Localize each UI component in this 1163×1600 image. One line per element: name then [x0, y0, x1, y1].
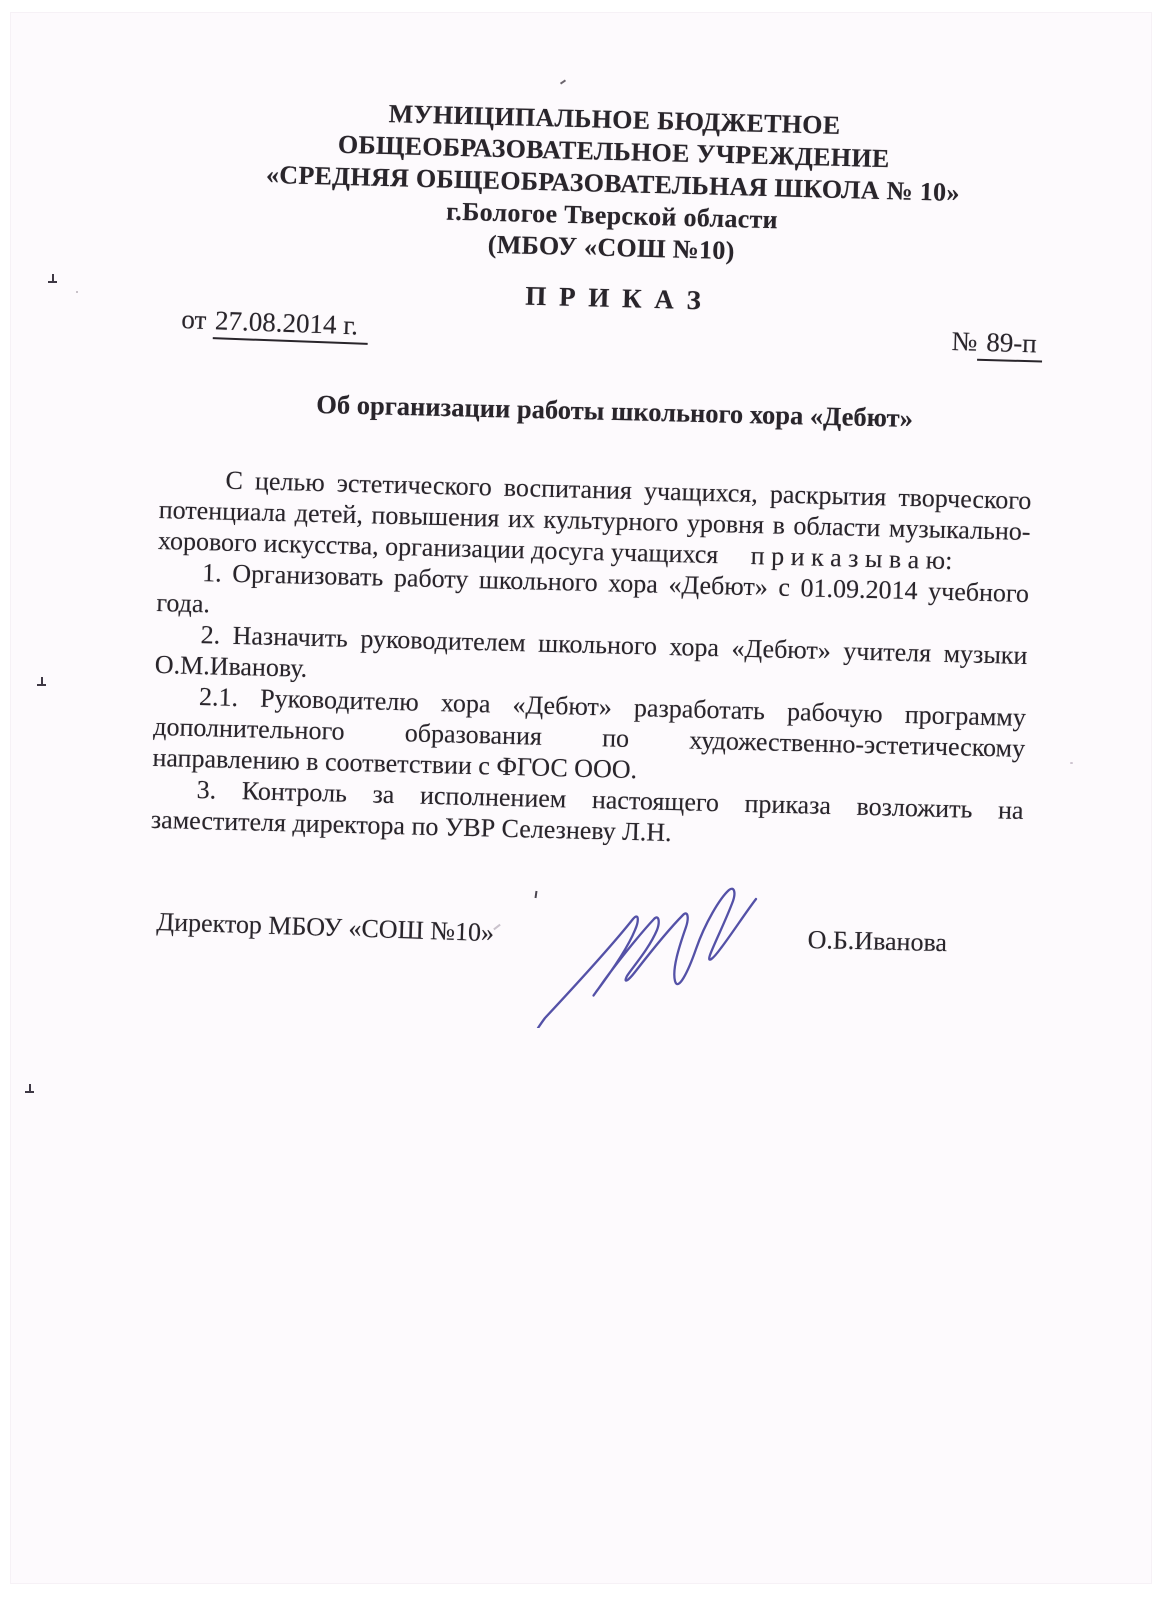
- order-title: Об организации работы школьного хора «Де…: [179, 386, 1049, 437]
- order-date-prefix: от: [181, 304, 207, 335]
- scan-artifact: [48, 274, 58, 285]
- order-number-prefix: №: [951, 326, 978, 357]
- scanned-order-document: { "page": { "header_lines": [ "МУНИЦИПАЛ…: [0, 0, 1163, 1600]
- scan-artifact: [1070, 762, 1073, 764]
- order-date: от 27.08.2014 г.: [181, 304, 369, 342]
- order-number-value: 89-п: [977, 327, 1043, 363]
- handwritten-signature-icon: [528, 878, 768, 1028]
- order-body: С целью эстетического воспитания учащихс…: [151, 463, 1032, 857]
- scan-artifact: [560, 79, 566, 84]
- order-date-value: 27.08.2014 г.: [212, 305, 368, 345]
- order-number: №89-п: [951, 326, 1043, 360]
- scan-artifact: [76, 291, 78, 293]
- signoff-role: Директор МБОУ «СОШ №10»: [156, 907, 495, 948]
- scan-artifact: [25, 1084, 35, 1095]
- organization-header: МУНИЦИПАЛЬНОЕ БЮДЖЕТНОЕ ОБЩЕОБРАЗОВАТЕЛЬ…: [176, 93, 1050, 276]
- scan-artifact: [37, 677, 47, 688]
- scanned-page: МУНИЦИПАЛЬНОЕ БЮДЖЕТНОЕ ОБЩЕОБРАЗОВАТЕЛЬ…: [10, 12, 1152, 1584]
- signoff-name: О.Б.Иванова: [807, 925, 947, 958]
